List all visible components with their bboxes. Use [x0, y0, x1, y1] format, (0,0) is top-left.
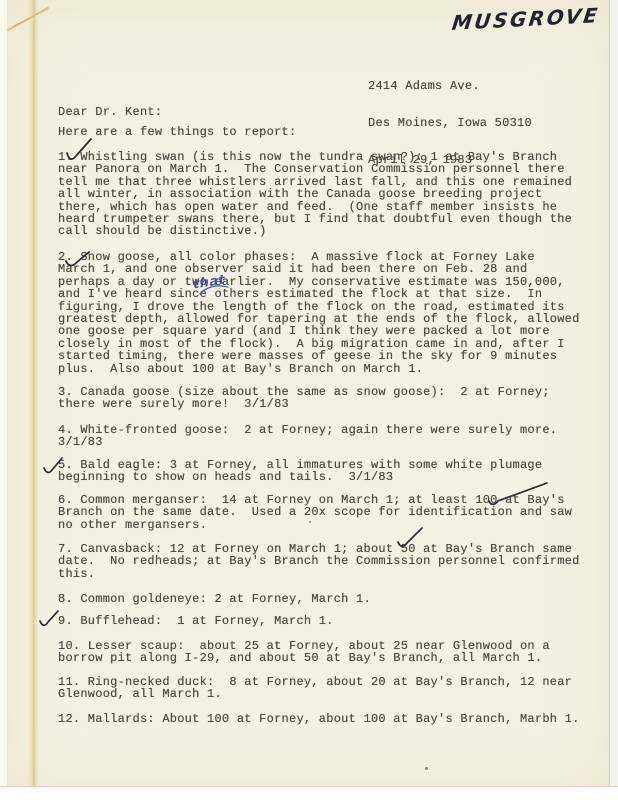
checkmark-icon-item-9 — [40, 611, 58, 625]
intro-line: Here are a few things to report: — [58, 126, 598, 138]
report-item-9-bufflehead: 9. Bufflehead: 1 at Forney, March 1. — [58, 615, 598, 627]
report-item-11-ring-necked-duck: 11. Ring-necked duck: 8 at Forney, about… — [58, 676, 598, 701]
handwritten-name: MUSGROVE — [451, 3, 602, 35]
report-item-4-white-fronted-goose: 4. White-fronted goose: 2 at Forney; aga… — [58, 424, 598, 449]
scan-left-edge — [0, 0, 8, 800]
report-item-5-bald-eagle: 5. Bald eagle: 3 at Forney, all immature… — [58, 459, 598, 484]
report-item-7-canvasback: 7. Canvasback: 12 at Forney on March 1; … — [58, 543, 598, 580]
report-item-10-lesser-scaup: 10. Lesser scaup: about 25 at Forney, ab… — [58, 640, 598, 665]
report-item-12-mallards: 12. Mallards: About 100 at Forney, about… — [58, 713, 598, 725]
report-item-1-whistling-swan: 1. Whistling swan (is this now the tundr… — [58, 151, 598, 238]
scan-right-edge — [609, 0, 618, 800]
scan-bottom-edge — [0, 786, 618, 800]
salutation: Dear Dr. Kent: — [58, 106, 598, 118]
report-item-8-common-goldeneye: 8. Common goldeneye: 2 at Forney, March … — [58, 593, 598, 605]
scanned-letter-page: MUSGROVE 2414 Adams Ave. Des Moines, Iow… — [0, 0, 618, 800]
address-line-street: 2414 Adams Ave. — [368, 80, 598, 92]
report-item-2-snow-goose: 2. Snow goose, all color phases: A massi… — [58, 251, 598, 375]
report-item-3-canada-goose: 3. Canada goose (size about the same as … — [58, 386, 598, 411]
vertical-fold-crease — [28, 0, 38, 800]
ink-speck — [425, 767, 428, 770]
report-item-6-common-merganser: 6. Common merganser: 14 at Forney on Mar… — [58, 494, 598, 531]
